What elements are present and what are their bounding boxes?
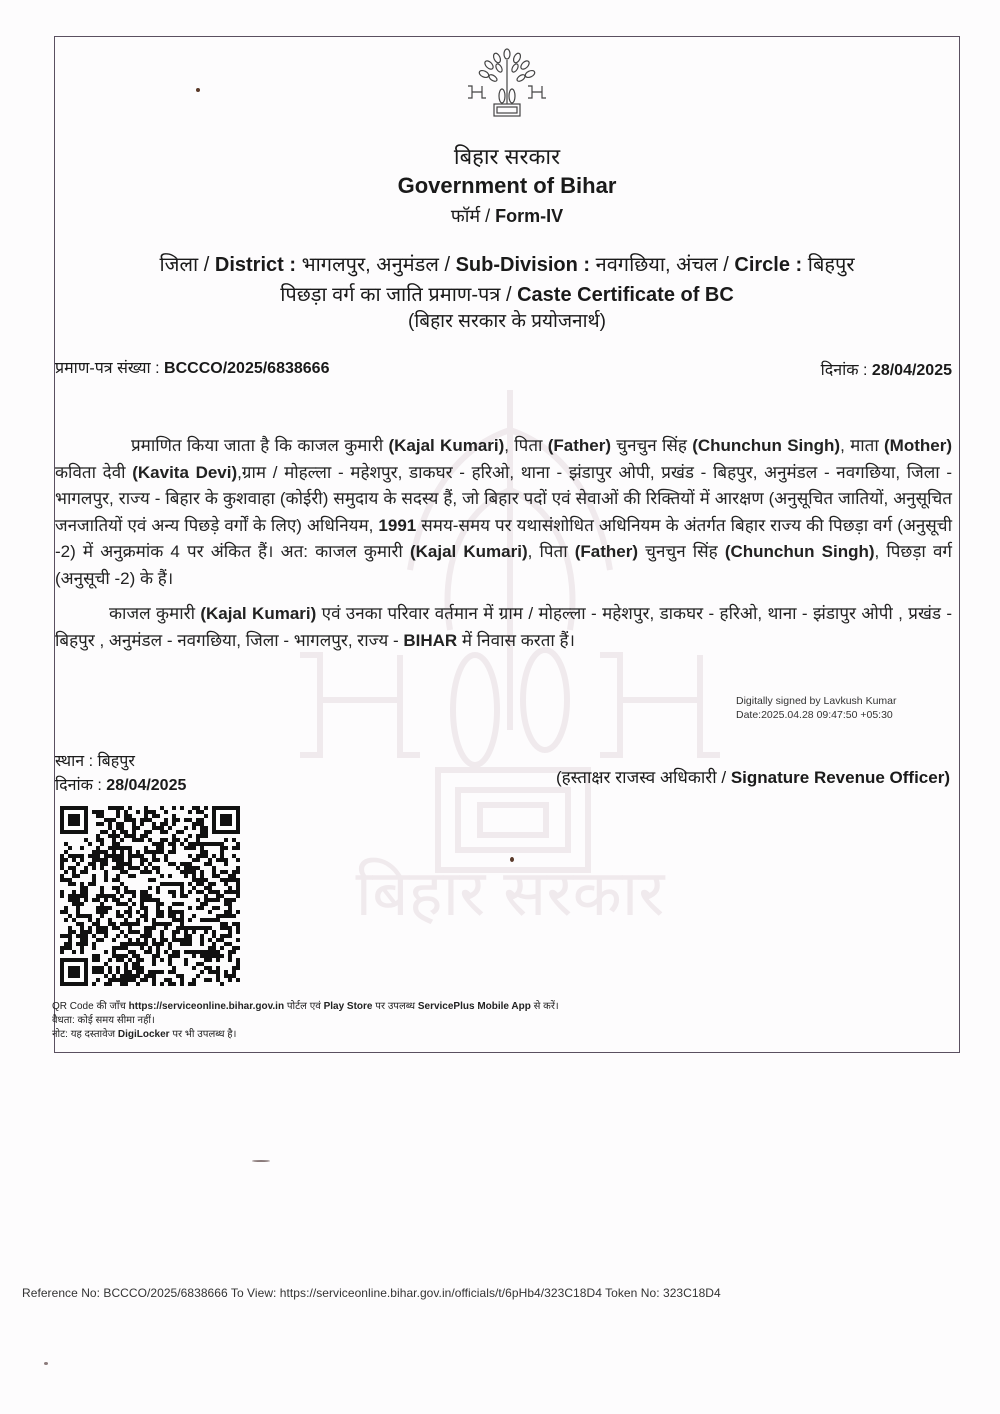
note-play-store: Play Store bbox=[324, 1001, 373, 1012]
government-title-hindi: बिहार सरकार bbox=[54, 141, 960, 171]
emphasized-text: BIHAR bbox=[403, 631, 457, 650]
verification-url-link[interactable]: https://serviceonline.bihar.gov.in bbox=[129, 1001, 284, 1012]
scan-speck bbox=[252, 1160, 270, 1162]
body-text: , पिता bbox=[504, 436, 547, 455]
body-text: चुनचुन सिंह bbox=[611, 436, 692, 455]
emphasized-text: (Mother) bbox=[884, 436, 952, 455]
note-text: नोट: यह दस्तावेज bbox=[52, 1029, 118, 1040]
form-label-english: Form-IV bbox=[495, 206, 563, 226]
emphasized-text: 1991 bbox=[378, 516, 416, 535]
emphasized-text: (Father) bbox=[575, 542, 638, 561]
note-text: पर उपलब्ध bbox=[373, 1001, 418, 1012]
body-text: काजल कुमारी bbox=[109, 604, 200, 623]
note-text: पोर्टल एवं bbox=[284, 1001, 324, 1012]
bihar-emblem-icon bbox=[466, 48, 548, 118]
signature-label: (हस्ताक्षर राजस्व अधिकारी / Signature Re… bbox=[556, 765, 950, 788]
government-title-english: Government of Bihar bbox=[54, 173, 960, 199]
residence-paragraph: काजल कुमारी (Kajal Kumari) एवं उनका परिव… bbox=[55, 600, 952, 654]
digital-signature: Digitally signed by Lavkush Kumar Date:2… bbox=[736, 694, 897, 722]
signature-label-hindi: (हस्ताक्षर राजस्व अधिकारी / bbox=[556, 768, 731, 787]
certificate-number-value: BCCCO/2025/6838666 bbox=[164, 360, 329, 377]
emphasized-text: (Kajal Kumari) bbox=[410, 542, 528, 561]
certificate-title-hindi: पिछड़ा वर्ग का जाति प्रमाण-पत्र / bbox=[280, 284, 517, 306]
emphasized-text: (Kajal Kumari) bbox=[388, 436, 504, 455]
digital-signature-signer: Digitally signed by Lavkush Kumar bbox=[736, 694, 897, 708]
place-label: स्थान : bbox=[55, 753, 93, 770]
circle-label-hindi: अंचल / bbox=[676, 254, 734, 276]
scan-speck bbox=[510, 857, 514, 862]
place-row: स्थान : बिहपुर bbox=[55, 750, 186, 774]
emphasized-text: (Kavita Devi) bbox=[132, 463, 237, 482]
certificate-number-label: प्रमाण-पत्र संख्या : bbox=[55, 360, 160, 377]
location-line: जिला / District : भागलपुर, अनुमंडल / Sub… bbox=[54, 250, 960, 277]
emphasized-text: (Chunchun Singh) bbox=[725, 542, 875, 561]
certification-text: प्रमाणित किया जाता है कि काजल कुमारी (Ka… bbox=[55, 436, 952, 588]
qr-verification-note: QR Code की जाँच https://serviceonline.bi… bbox=[52, 1000, 559, 1014]
signature-label-english: Signature Revenue Officer) bbox=[731, 768, 950, 787]
emphasized-text: (Father) bbox=[548, 436, 611, 455]
scan-speck bbox=[44, 1362, 48, 1365]
verification-notes: QR Code की जाँच https://serviceonline.bi… bbox=[52, 1000, 559, 1042]
body-text: में निवास करता हैं। bbox=[457, 631, 575, 650]
issue-date-value: 28/04/2025 bbox=[872, 362, 952, 379]
body-text: प्रमाणित किया जाता है कि काजल कुमारी bbox=[131, 436, 388, 455]
district-label-hindi: जिला / bbox=[159, 254, 214, 276]
certificate-purpose: (बिहार सरकार के प्रयोजनार्थ) bbox=[54, 307, 960, 333]
svg-text:बिहार सरकार: बिहार सरकार bbox=[356, 857, 667, 929]
subdivision-label-hindi: अनुमंडल / bbox=[376, 254, 455, 276]
certification-paragraph: प्रमाणित किया जाता है कि काजल कुमारी (Ka… bbox=[55, 433, 952, 592]
certificate-number: प्रमाण-पत्र संख्या : BCCCO/2025/6838666 bbox=[55, 356, 329, 378]
place-date-row: दिनांक : 28/04/2025 bbox=[55, 774, 186, 798]
form-separator: / bbox=[480, 206, 495, 226]
digilocker-note: नोट: यह दस्तावेज DigiLocker पर भी उपलब्ध… bbox=[52, 1028, 559, 1042]
place-date-label: दिनांक : bbox=[55, 777, 102, 794]
circle-value: बिहपुर bbox=[802, 254, 854, 276]
emphasized-text: (Chunchun Singh) bbox=[692, 436, 840, 455]
reference-footer: Reference No: BCCCO/2025/6838666 To View… bbox=[22, 1286, 721, 1300]
scan-speck bbox=[196, 88, 200, 92]
certificate-title: पिछड़ा वर्ग का जाति प्रमाण-पत्र / Caste … bbox=[54, 280, 960, 307]
issue-date-label: दिनांक : bbox=[821, 362, 868, 379]
issue-date: दिनांक : 28/04/2025 bbox=[821, 358, 952, 380]
body-text: कविता देवी bbox=[55, 463, 132, 482]
form-label-hindi: फॉर्म bbox=[451, 206, 480, 226]
place-date-value: 28/04/2025 bbox=[106, 777, 186, 794]
subdivision-label: Sub-Division : bbox=[456, 254, 590, 276]
district-value: भागलपुर, bbox=[296, 254, 376, 276]
subdivision-value: नवगछिया, bbox=[590, 254, 676, 276]
certificate-title-english: Caste Certificate of BC bbox=[517, 284, 734, 306]
validity-note: वैधता: कोई समय सीमा नहीं। bbox=[52, 1014, 559, 1028]
residence-text: काजल कुमारी (Kajal Kumari) एवं उनका परिव… bbox=[55, 604, 952, 650]
issue-place-date: स्थान : बिहपुर दिनांक : 28/04/2025 bbox=[55, 750, 186, 798]
digital-signature-date: Date:2025.04.28 09:47:50 +05:30 bbox=[736, 708, 897, 722]
body-text: , पिता bbox=[528, 542, 575, 561]
emphasized-text: (Kajal Kumari) bbox=[200, 604, 316, 623]
note-text: से करें। bbox=[531, 1001, 559, 1012]
circle-label: Circle : bbox=[734, 254, 802, 276]
note-digilocker: DigiLocker bbox=[118, 1029, 170, 1040]
note-text: पर भी उपलब्ध है। bbox=[170, 1029, 237, 1040]
note-text: QR Code की जाँच bbox=[52, 1001, 129, 1012]
qr-code-icon[interactable] bbox=[60, 806, 240, 986]
body-text: चुनचुन सिंह bbox=[638, 542, 725, 561]
form-number: फॉर्म / Form-IV bbox=[54, 204, 960, 228]
district-label: District : bbox=[215, 254, 296, 276]
place-value: बिहपुर bbox=[98, 753, 135, 770]
body-text: , माता bbox=[840, 436, 884, 455]
note-app-name: ServicePlus Mobile App bbox=[418, 1001, 531, 1012]
